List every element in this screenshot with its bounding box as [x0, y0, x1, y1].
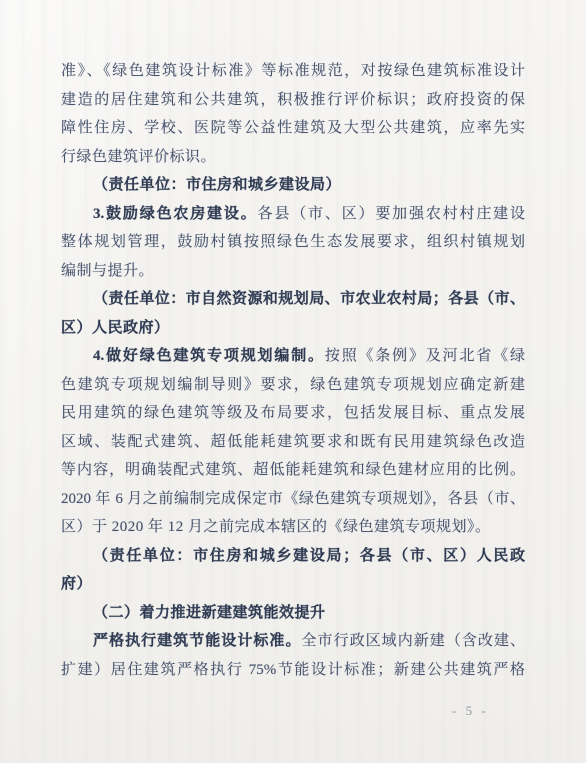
- document-page: 准》、《绿色建筑设计标准》等标准规范，对按绿色建筑标准设计建造的居住建筑和公共建…: [0, 0, 586, 763]
- text-segment: 建造的居住建筑和公共建筑，积极推行评价标识；政府投资的保: [61, 92, 525, 108]
- text-line: 整体规划管理，鼓励村镇按照绿色生态发展要求，组织村镇规划: [61, 228, 525, 257]
- text-line: 色建筑专项规划编制导则》要求，绿色建筑专项规划应确定新建: [61, 371, 525, 400]
- text-line: （责任单位：市住房和城乡建设局）: [61, 171, 525, 200]
- text-line: 区）于 2020 年 12 月之前完成本辖区的《绿色建筑专项规划》。: [61, 513, 525, 542]
- text-segment: 区）人民政府）: [61, 320, 170, 336]
- text-segment: 扩建）居住建筑严格执行 75%节能设计标准；新建公共建筑严格: [61, 662, 525, 678]
- text-segment: 4.做好绿色建筑专项规划编制。: [93, 348, 325, 364]
- text-segment: 各县（市、区）要加强农村村庄建设: [258, 206, 525, 222]
- text-segment: 全市行政区域内新建（含改建、: [302, 633, 526, 649]
- text-line: 民用建筑的绿色建筑等级及布局要求，包括发展目标、重点发展: [61, 399, 525, 428]
- text-line: 区域、装配式建筑、超低能耗建筑要求和既有民用建筑绿色改造: [61, 428, 525, 457]
- text-line: 2020 年 6 月之前编制完成保定市《绿色建筑专项规划》，各县（市、: [61, 485, 525, 514]
- text-segment: 整体规划管理，鼓励村镇按照绿色生态发展要求，组织村镇规划: [61, 234, 525, 250]
- text-line: 府）: [61, 570, 525, 599]
- text-line: 3.鼓励绿色农房建设。各县（市、区）要加强农村村庄建设: [61, 200, 525, 229]
- text-segment: 编制与提升。: [61, 263, 154, 279]
- text-line: 扩建）居住建筑严格执行 75%节能设计标准；新建公共建筑严格: [61, 656, 525, 685]
- text-line: 准》、《绿色建筑设计标准》等标准规范，对按绿色建筑标准设计: [61, 57, 525, 86]
- text-segment: 等内容，明确装配式建筑、超低能耗建筑和绿色建材应用的比例。: [61, 462, 525, 478]
- text-segment: 严格执行建筑节能设计标准。: [93, 633, 302, 649]
- text-segment: 府）: [61, 576, 92, 592]
- text-block: 准》、《绿色建筑设计标准》等标准规范，对按绿色建筑标准设计建造的居住建筑和公共建…: [61, 57, 525, 684]
- text-segment: （责任单位：市住房和城乡建设局；各县（市、区）人民政: [93, 548, 525, 564]
- text-line: 建造的居住建筑和公共建筑，积极推行评价标识；政府投资的保: [61, 86, 525, 115]
- text-segment: 色建筑专项规划编制导则》要求，绿色建筑专项规划应确定新建: [61, 377, 525, 393]
- text-segment: 准》、《绿色建筑设计标准》等标准规范，对按绿色建筑标准设计: [61, 63, 525, 79]
- text-line: 编制与提升。: [61, 257, 525, 286]
- text-line: （责任单位：市住房和城乡建设局；各县（市、区）人民政: [61, 542, 525, 571]
- text-segment: 3.鼓励绿色农房建设。: [93, 206, 258, 222]
- text-line: 等内容，明确装配式建筑、超低能耗建筑和绿色建材应用的比例。: [61, 456, 525, 485]
- text-segment: 障性住房、学校、医院等公益性建筑及大型公共建筑，应率先实: [61, 120, 525, 136]
- text-segment: 民用建筑的绿色建筑等级及布局要求，包括发展目标、重点发展: [61, 405, 525, 421]
- text-line: （责任单位：市自然资源和规划局、市农业农村局；各县（市、: [61, 285, 525, 314]
- page-number: - 5 -: [452, 703, 489, 719]
- text-line: 4.做好绿色建筑专项规划编制。按照《条例》及河北省《绿: [61, 342, 525, 371]
- text-segment: （二）着力推进新建建筑能效提升: [93, 605, 326, 621]
- text-segment: 区）于 2020 年 12 月之前完成本辖区的《绿色建筑专项规划》。: [61, 519, 491, 535]
- text-segment: （责任单位：市自然资源和规划局、市农业农村局；各县（市、: [93, 291, 525, 307]
- text-line: 区）人民政府）: [61, 314, 525, 343]
- text-segment: 按照《条例》及河北省《绿: [325, 348, 525, 364]
- text-line: 障性住房、学校、医院等公益性建筑及大型公共建筑，应率先实: [61, 114, 525, 143]
- text-segment: （责任单位：市住房和城乡建设局）: [93, 177, 341, 193]
- text-line: （二）着力推进新建建筑能效提升: [61, 599, 525, 628]
- text-segment: 行绿色建筑评价标识。: [61, 149, 216, 165]
- text-line: 严格执行建筑节能设计标准。全市行政区域内新建（含改建、: [61, 627, 525, 656]
- text-segment: 2020 年 6 月之前编制完成保定市《绿色建筑专项规划》，各县（市、: [61, 491, 525, 507]
- text-segment: 区域、装配式建筑、超低能耗建筑要求和既有民用建筑绿色改造: [61, 434, 525, 450]
- text-line: 行绿色建筑评价标识。: [61, 143, 525, 172]
